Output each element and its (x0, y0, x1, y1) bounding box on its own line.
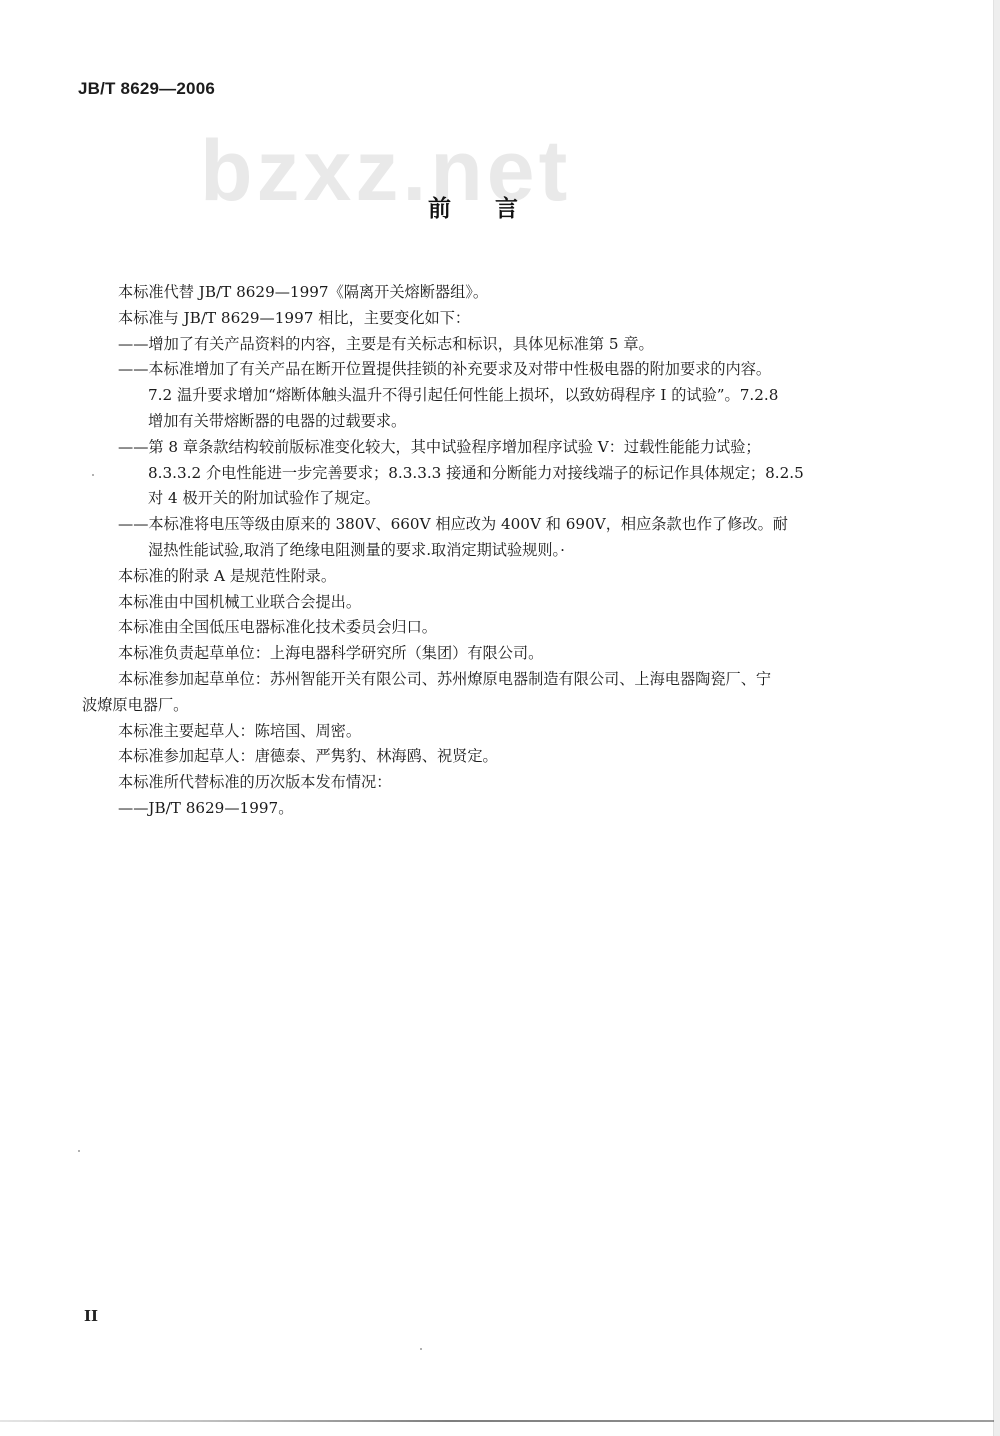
paragraph: 本标准所代替标准的历次版本发布情况： (118, 770, 888, 796)
change-item: ——本标准增加了有关产品在断开位置提供挂锁的补充要求及对带中性极电器的附加要求的… (118, 357, 888, 383)
page-edge-scrollbar (993, 0, 1000, 1436)
change-item-continuation: 7.2 温升要求增加“熔断体触头温升不得引起任何性能上损坏，以致妨碍程序 I 的… (148, 383, 888, 409)
paragraph: 本标准参加起草单位：苏州智能开关有限公司、苏州燎原电器制造有限公司、上海电器陶瓷… (118, 667, 888, 693)
scan-speck (420, 1348, 422, 1350)
change-item: ——增加了有关产品资料的内容，主要是有关标志和标识，具体见标准第 5 章。 (118, 332, 888, 358)
change-item-continuation: 8.3.3.2 介电性能进一步完善要求；8.3.3.3 接通和分断能力对接线端子… (148, 461, 888, 487)
page-number: II (84, 1307, 98, 1325)
paragraph-continuation: 波燎原电器厂。 (82, 693, 888, 719)
change-item-continuation: 湿热性能试验,取消了绝缘电阻测量的要求.取消定期试验规则。· (148, 538, 888, 564)
paragraph: 本标准由中国机械工业联合会提出。 (118, 590, 888, 616)
change-item-continuation: 增加有关带熔断器的电器的过载要求。 (148, 409, 888, 435)
foreword-body: 本标准代替 JB/T 8629—1997《隔离开关熔断器组》。 本标准与 JB/… (118, 280, 888, 822)
scan-speck (78, 1150, 80, 1152)
scan-speck (530, 338, 532, 340)
paragraph: 本标准主要起草人：陈培国、周密。 (118, 719, 888, 745)
scan-edge-line (0, 1420, 994, 1422)
change-item: ——第 8 章条款结构较前版标准变化较大，其中试验程序增加程序试验 V：过载性能… (118, 435, 888, 461)
paragraph: 本标准代替 JB/T 8629—1997《隔离开关熔断器组》。 (118, 280, 888, 306)
paragraph: 本标准负责起草单位：上海电器科学研究所（集团）有限公司。 (118, 641, 888, 667)
paragraph: 本标准与 JB/T 8629—1997 相比，主要变化如下： (118, 306, 888, 332)
scan-speck (92, 474, 94, 476)
change-item: ——本标准将电压等级由原来的 380V、660V 相应改为 400V 和 690… (118, 512, 888, 538)
page-title: 前言 (428, 190, 562, 223)
paragraph: ——JB/T 8629—1997。 (118, 796, 888, 822)
change-item-continuation: 对 4 极开关的附加试验作了规定。 (148, 486, 888, 512)
standard-code-header: JB/T 8629—2006 (78, 79, 215, 99)
paragraph: 本标准由全国低压电器标准化技术委员会归口。 (118, 615, 888, 641)
paragraph: 本标准参加起草人：唐德泰、严隽豹、林海鸥、祝贤定。 (118, 744, 888, 770)
paragraph: 本标准的附录 A 是规范性附录。 (118, 564, 888, 590)
